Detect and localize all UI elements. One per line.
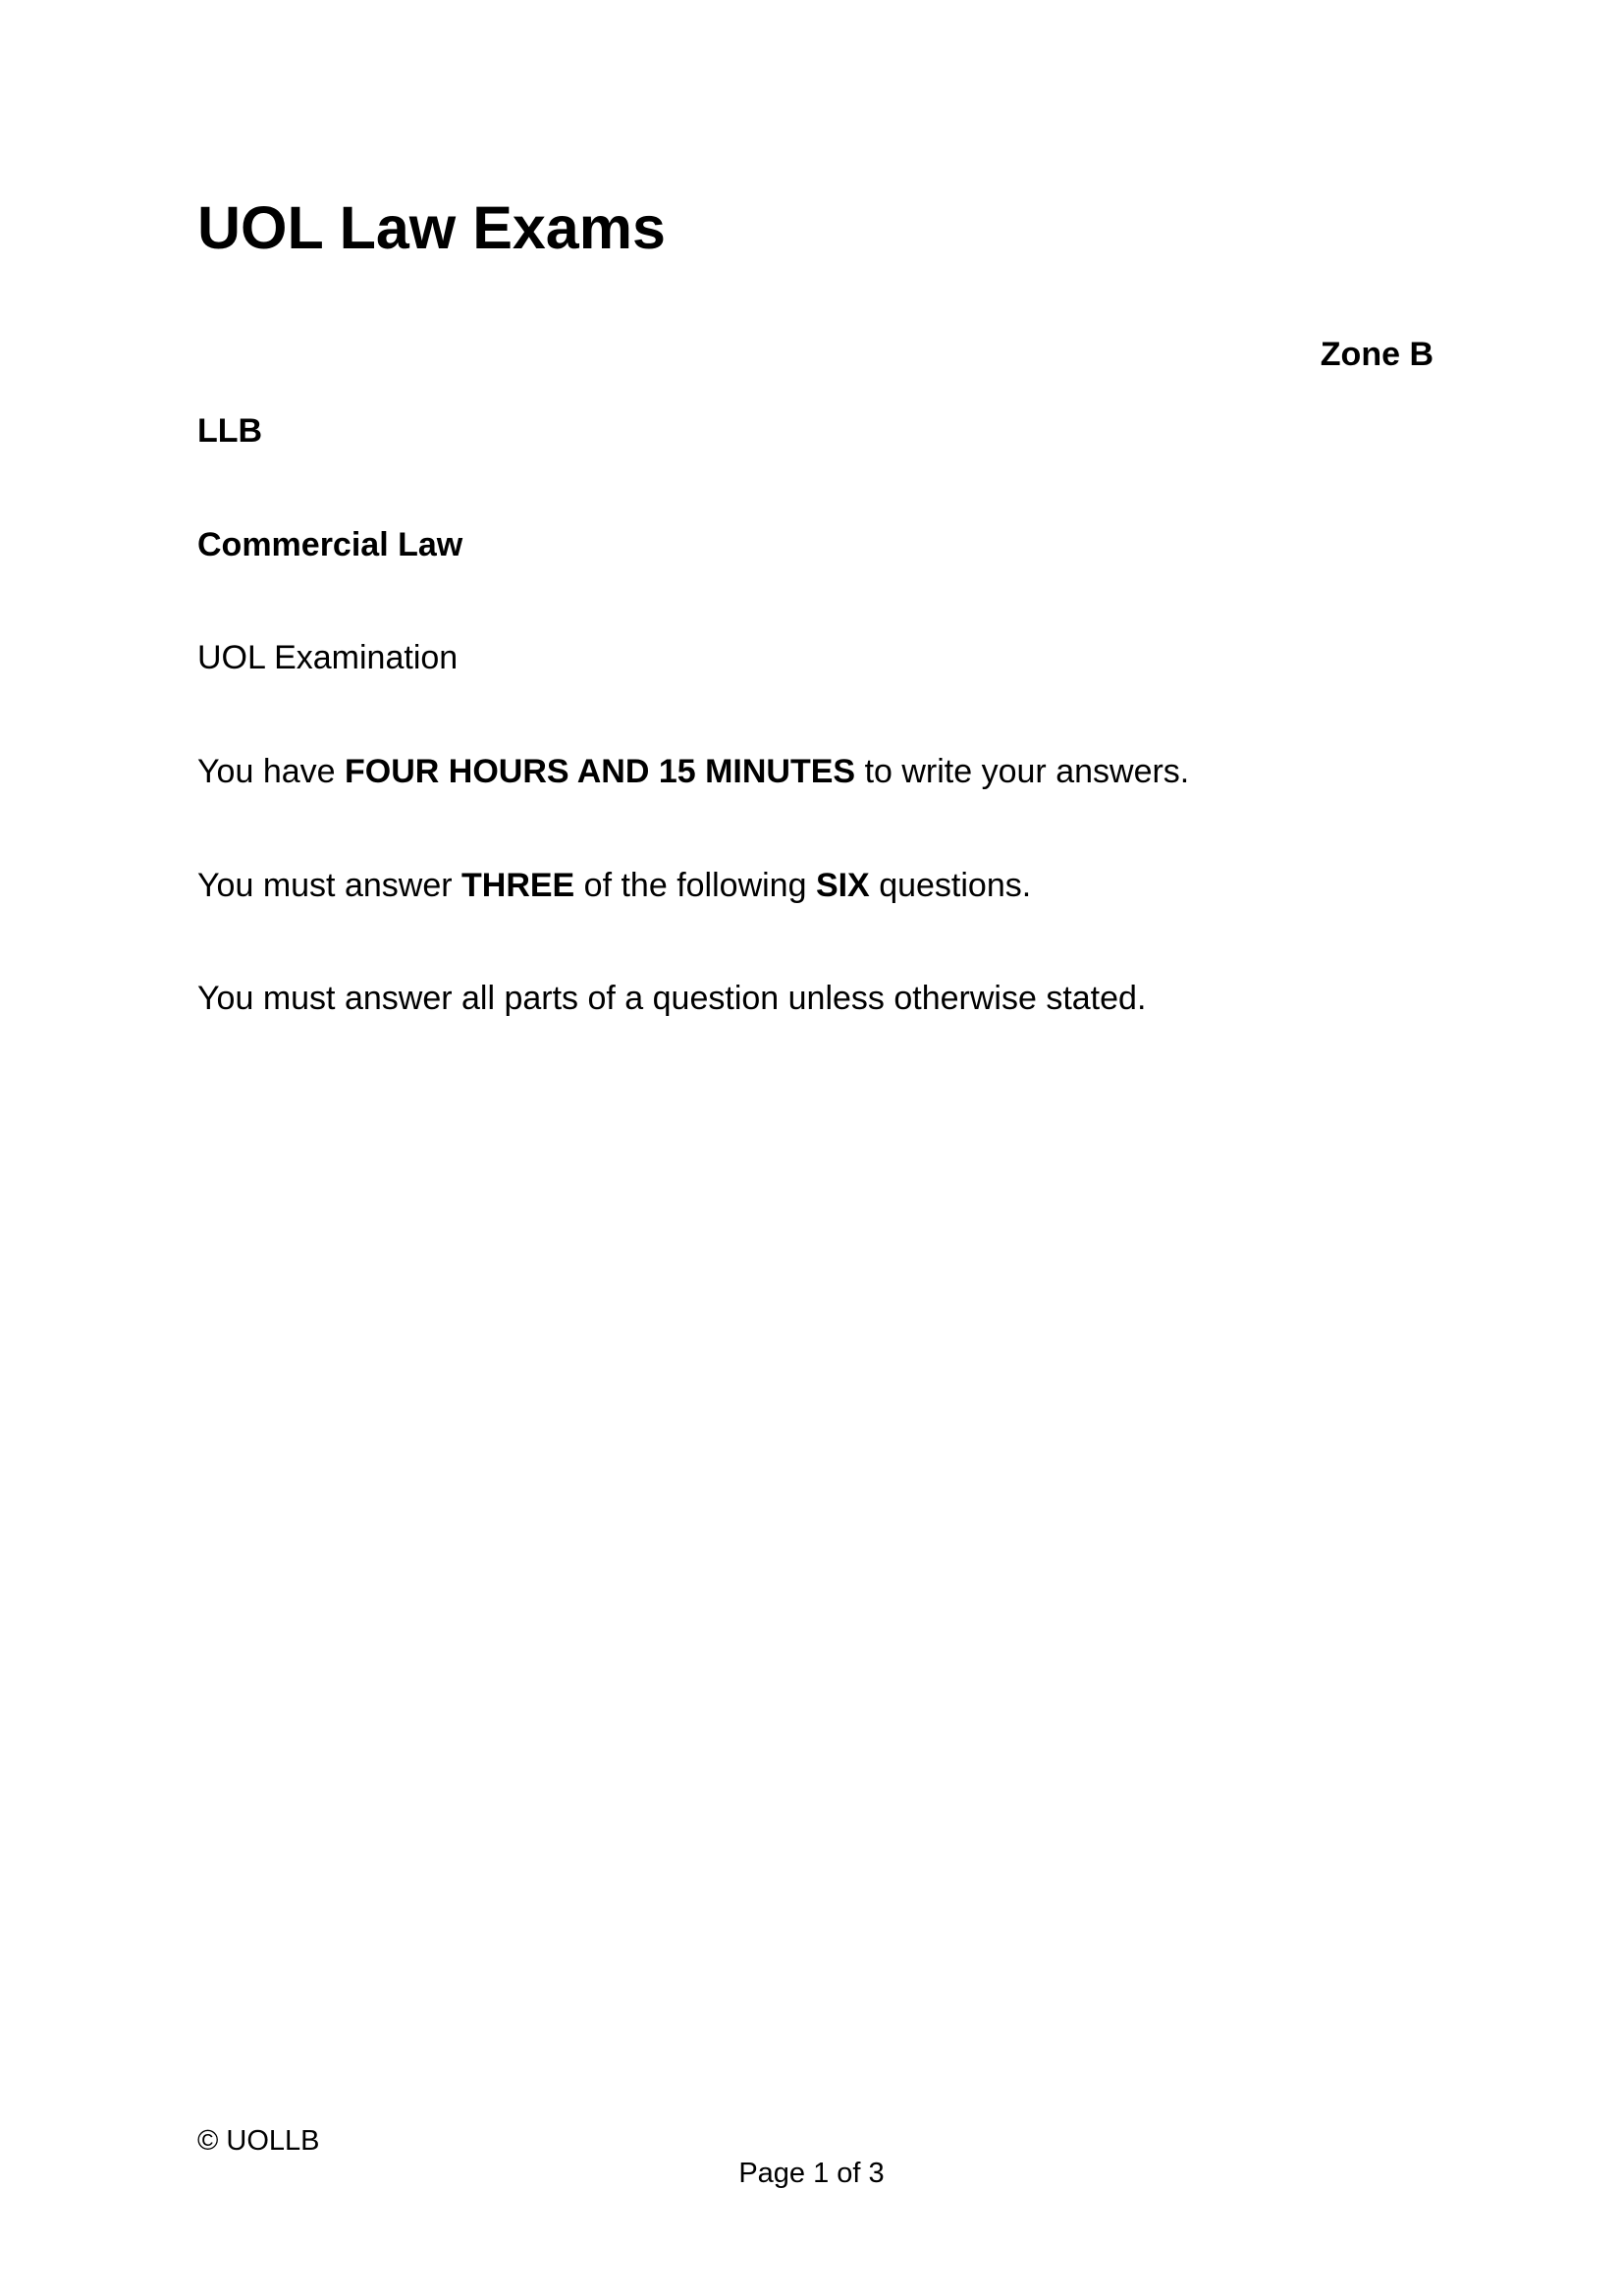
instruction-text: You must answer	[197, 867, 461, 904]
instruction-emphasis: SIX	[816, 867, 870, 904]
document-title: UOL Law Exams	[197, 198, 666, 258]
instruction-text: of the following	[574, 867, 816, 904]
instruction-emphasis: THREE	[461, 867, 574, 904]
instruction-question-count: You must answer THREE of the following S…	[197, 869, 1031, 902]
instruction-time-allowed: You have FOUR HOURS AND 15 MINUTES to wr…	[197, 755, 1189, 788]
copyright-notice: © UOLLB	[197, 2127, 320, 2156]
page-number: Page 1 of 3	[0, 2160, 1623, 2188]
instruction-emphasis: FOUR HOURS AND 15 MINUTES	[345, 753, 855, 790]
examination-label: UOL Examination	[197, 641, 458, 674]
instruction-text: You must answer all parts of a question …	[197, 980, 1146, 1017]
instruction-all-parts: You must answer all parts of a question …	[197, 982, 1146, 1015]
course-title: Commercial Law	[197, 528, 462, 561]
instruction-text: questions.	[870, 867, 1031, 904]
instruction-text: You have	[197, 753, 345, 790]
exam-cover-page: UOL Law Exams Zone B LLB Commercial Law …	[0, 0, 1623, 2296]
degree-label: LLB	[197, 414, 262, 448]
zone-label: Zone B	[1321, 338, 1434, 371]
instruction-text: to write your answers.	[855, 753, 1189, 790]
